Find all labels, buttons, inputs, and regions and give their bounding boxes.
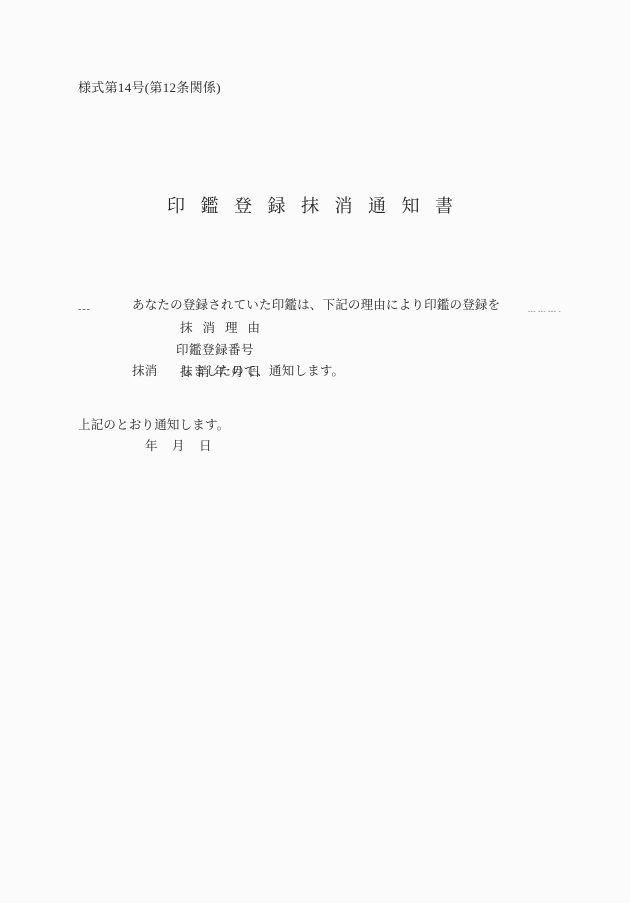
body-paragraph: あなたの登録されていた印鑑は、下記の理由により印鑑の登録を 抹消しましたので、通… bbox=[132, 250, 500, 426]
field-label-registration-number: 印鑑登録番号 bbox=[176, 343, 254, 357]
form-number-label: 様式第14号(第12条関係) bbox=[78, 81, 221, 96]
date-placeholder-line: 年 月 日 bbox=[145, 439, 213, 453]
erasure-word: 抹消 bbox=[132, 364, 157, 378]
cut-mark-left: --- bbox=[78, 304, 91, 316]
cut-mark-right: --- --- --- - bbox=[528, 308, 561, 315]
document-page: 様式第14号(第12条関係) 印鑑登録抹消通知書 あなたの登録されていた印鑑は、… bbox=[0, 0, 630, 903]
body-line-1: あなたの登録されていた印鑑は、下記の理由により印鑑の登録を bbox=[132, 294, 500, 316]
field-label-erasure-reason: 抹消理由 bbox=[180, 321, 270, 335]
field-label-erasure-date: 抹消年月日 bbox=[180, 365, 265, 379]
closing-statement: 上記のとおり通知します。 bbox=[78, 418, 229, 432]
document-title: 印鑑登録抹消通知書 bbox=[167, 196, 469, 217]
